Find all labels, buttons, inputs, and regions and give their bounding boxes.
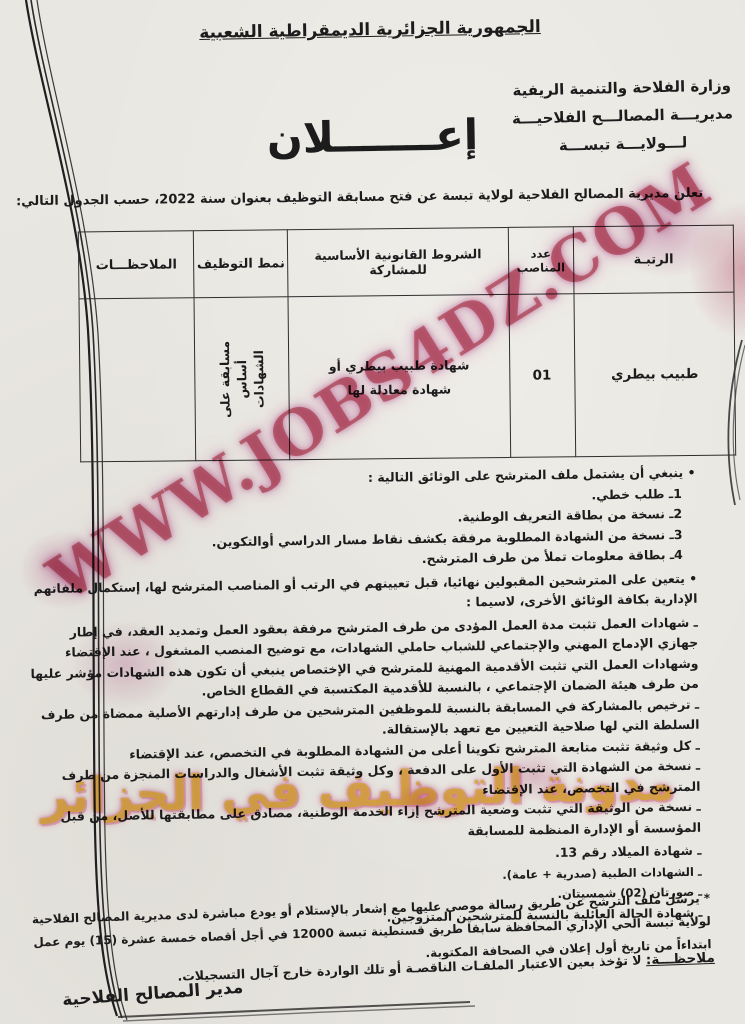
scanned-announcement-page: الجمهورية الجزائرية الديمقراطية الشعبية … (0, 0, 745, 1024)
header-positions: عدد المناصب (508, 227, 574, 295)
announcement-title: إعـــــــلان (0, 106, 745, 168)
requirement-item-1: ـ شهادات العمل تثبت مدة العمل المؤدى من … (25, 612, 699, 705)
cell-conditions-line2: شهادة معادلة لها (292, 380, 508, 397)
requirements-section: • ينبغي أن يشتمل ملف المترشح على الوثائق… (22, 463, 702, 934)
cell-conditions: شهادة طبيب بيطري أو شهادة معادلة لها (288, 294, 510, 459)
cell-notes (79, 298, 196, 462)
header-rank: الرتبـة (573, 225, 734, 294)
table-header-row: الرتبـة عدد المناصب الشروط القانونية الأ… (78, 225, 734, 299)
completion-intro: • يتعين على المترشحين المقبولين نهائيا، … (24, 568, 698, 620)
header-conditions: الشروط القانونية الأساسية للمشاركة (287, 227, 508, 296)
header-notes: الملاحظـــات (78, 231, 194, 299)
country-title: الجمهورية الجزائرية الديمقراطية الشعبية (110, 15, 630, 44)
cell-mode-vertical-text: مسابقة على أساس الشهادات (216, 334, 268, 423)
cell-conditions-line1: شهادة طبيب بيطري أو (291, 356, 507, 373)
note-label: ملاحظـــة: (646, 950, 715, 968)
cell-positions: 01 (509, 294, 576, 458)
cell-mode: مسابقة على أساس الشهادات (194, 297, 290, 461)
cell-rank: طبيب بيطري (574, 292, 736, 457)
header-positions-line1: عدد (530, 246, 551, 260)
header-positions-line2: المناصب (517, 260, 565, 275)
intro-paragraph: تعلن مديرية المصالح الفلاحية لولاية تبسة… (16, 186, 703, 209)
table-row: طبيب بيطري 01 شهادة طبيب بيطري أو شهادة … (79, 292, 736, 462)
recruitment-table: الرتبـة عدد المناصب الشروط القانونية الأ… (78, 225, 736, 463)
header-mode: نمط التوظيف (194, 230, 289, 298)
